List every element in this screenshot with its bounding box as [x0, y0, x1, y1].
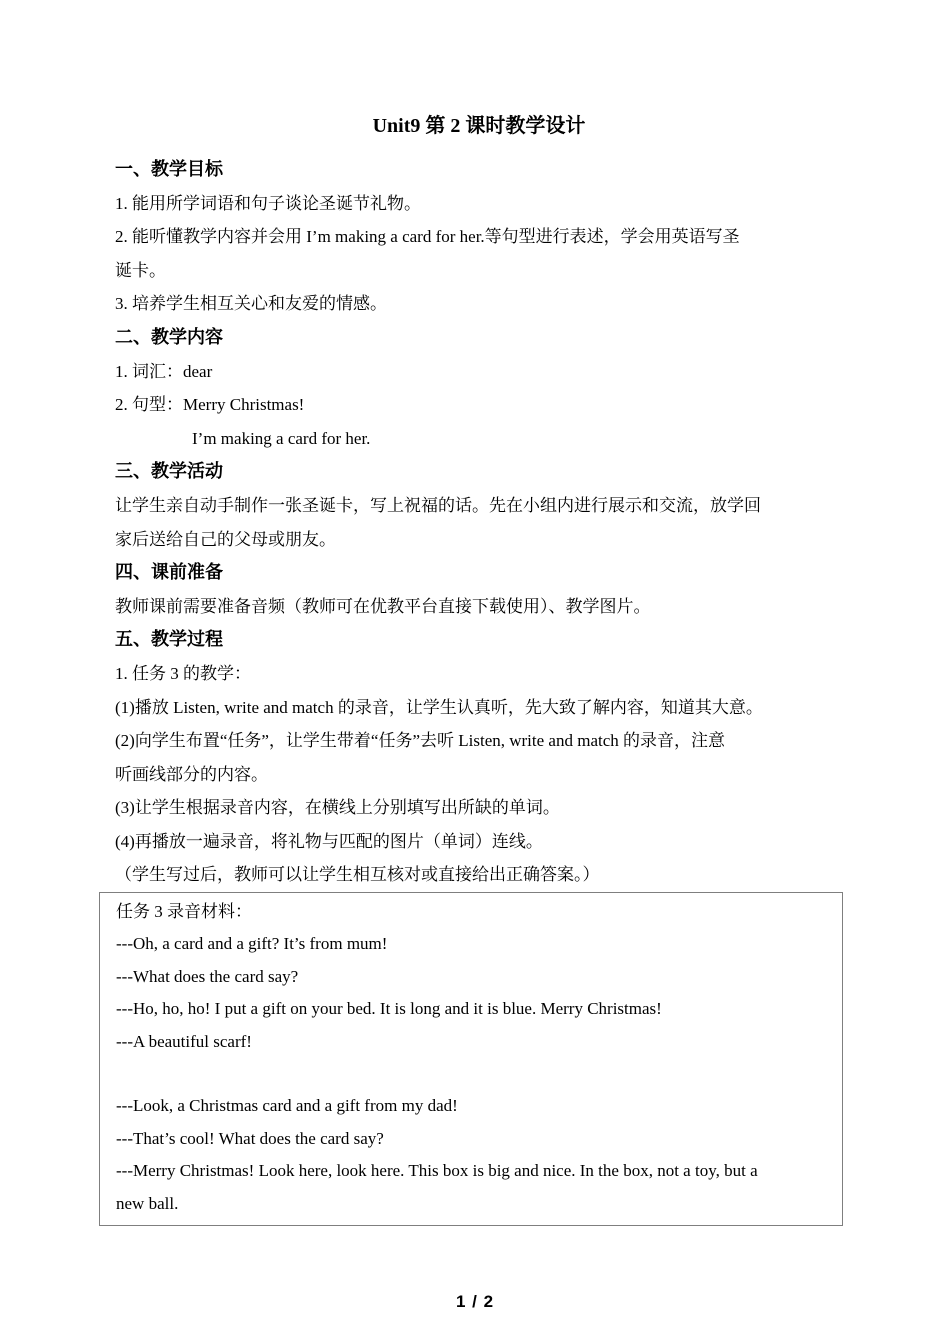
- doc-line: 2. 能听懂教学内容并会用 I’m making a card for her.…: [115, 220, 843, 254]
- doc-line-indented: I’m making a card for her.: [115, 422, 843, 456]
- document-title: Unit9 第 2 课时教学设计: [115, 112, 843, 140]
- doc-line: (3)让学生根据录音内容，在横线上分别填写出所缺的单词。: [115, 791, 843, 825]
- transcript-blank-line: [116, 1058, 834, 1090]
- doc-line: 3. 培养学生相互关心和友爱的情感。: [115, 287, 843, 321]
- transcript-line: ---Ho, ho, ho! I put a gift on your bed.…: [116, 993, 834, 1025]
- section-heading-5: 五、教学过程: [115, 623, 843, 657]
- doc-line: （学生写过后，教师可以让学生相互核对或直接给出正确答案。）: [115, 858, 843, 892]
- transcript-line: ---A beautiful scarf!: [116, 1026, 834, 1058]
- section-heading-2: 二、教学内容: [115, 321, 843, 355]
- document-content: Unit9 第 2 课时教学设计 一、教学目标 1. 能用所学词语和句子谈论圣诞…: [0, 0, 950, 1226]
- transcript-line: ---Look, a Christmas card and a gift fro…: [116, 1090, 834, 1122]
- doc-line: 诞卡。: [115, 254, 843, 288]
- transcript-line: ---What does the card say?: [116, 961, 834, 993]
- doc-line: 家后送给自己的父母或朋友。: [115, 523, 843, 557]
- doc-line: 听画线部分的内容。: [115, 758, 843, 792]
- transcript-line: ---Oh, a card and a gift? It’s from mum!: [116, 928, 834, 960]
- page-indicator: 1 / 2: [0, 1292, 950, 1312]
- section-heading-3: 三、教学活动: [115, 455, 843, 489]
- doc-line: 1. 能用所学词语和句子谈论圣诞节礼物。: [115, 187, 843, 221]
- transcript-line: new ball.: [116, 1188, 834, 1220]
- doc-line: 让学生亲自动手制作一张圣诞卡，写上祝福的话。先在小组内进行展示和交流，放学回: [115, 489, 843, 523]
- transcript-line: ---That’s cool! What does the card say?: [116, 1123, 834, 1155]
- doc-line: 1. 词汇：dear: [115, 355, 843, 389]
- doc-line: (1)播放 Listen, write and match 的录音，让学生认真听…: [115, 691, 843, 725]
- doc-line: 2. 句型：Merry Christmas!: [115, 388, 843, 422]
- section-heading-1: 一、教学目标: [115, 153, 843, 187]
- doc-line: 1. 任务 3 的教学：: [115, 657, 843, 691]
- transcript-box: 任务 3 录音材料： ---Oh, a card and a gift? It’…: [99, 892, 843, 1226]
- doc-line: (4)再播放一遍录音，将礼物与匹配的图片（单词）连线。: [115, 825, 843, 859]
- doc-line: (2)向学生布置“任务”，让学生带着“任务”去听 Listen, write a…: [115, 724, 843, 758]
- transcript-box-title: 任务 3 录音材料：: [116, 896, 834, 928]
- transcript-line: ---Merry Christmas! Look here, look here…: [116, 1155, 834, 1187]
- doc-line: 教师课前需要准备音频（教师可在优教平台直接下载使用）、教学图片。: [115, 590, 843, 624]
- section-heading-4: 四、课前准备: [115, 556, 843, 590]
- document-page: Unit9 第 2 课时教学设计 一、教学目标 1. 能用所学词语和句子谈论圣诞…: [0, 0, 950, 1344]
